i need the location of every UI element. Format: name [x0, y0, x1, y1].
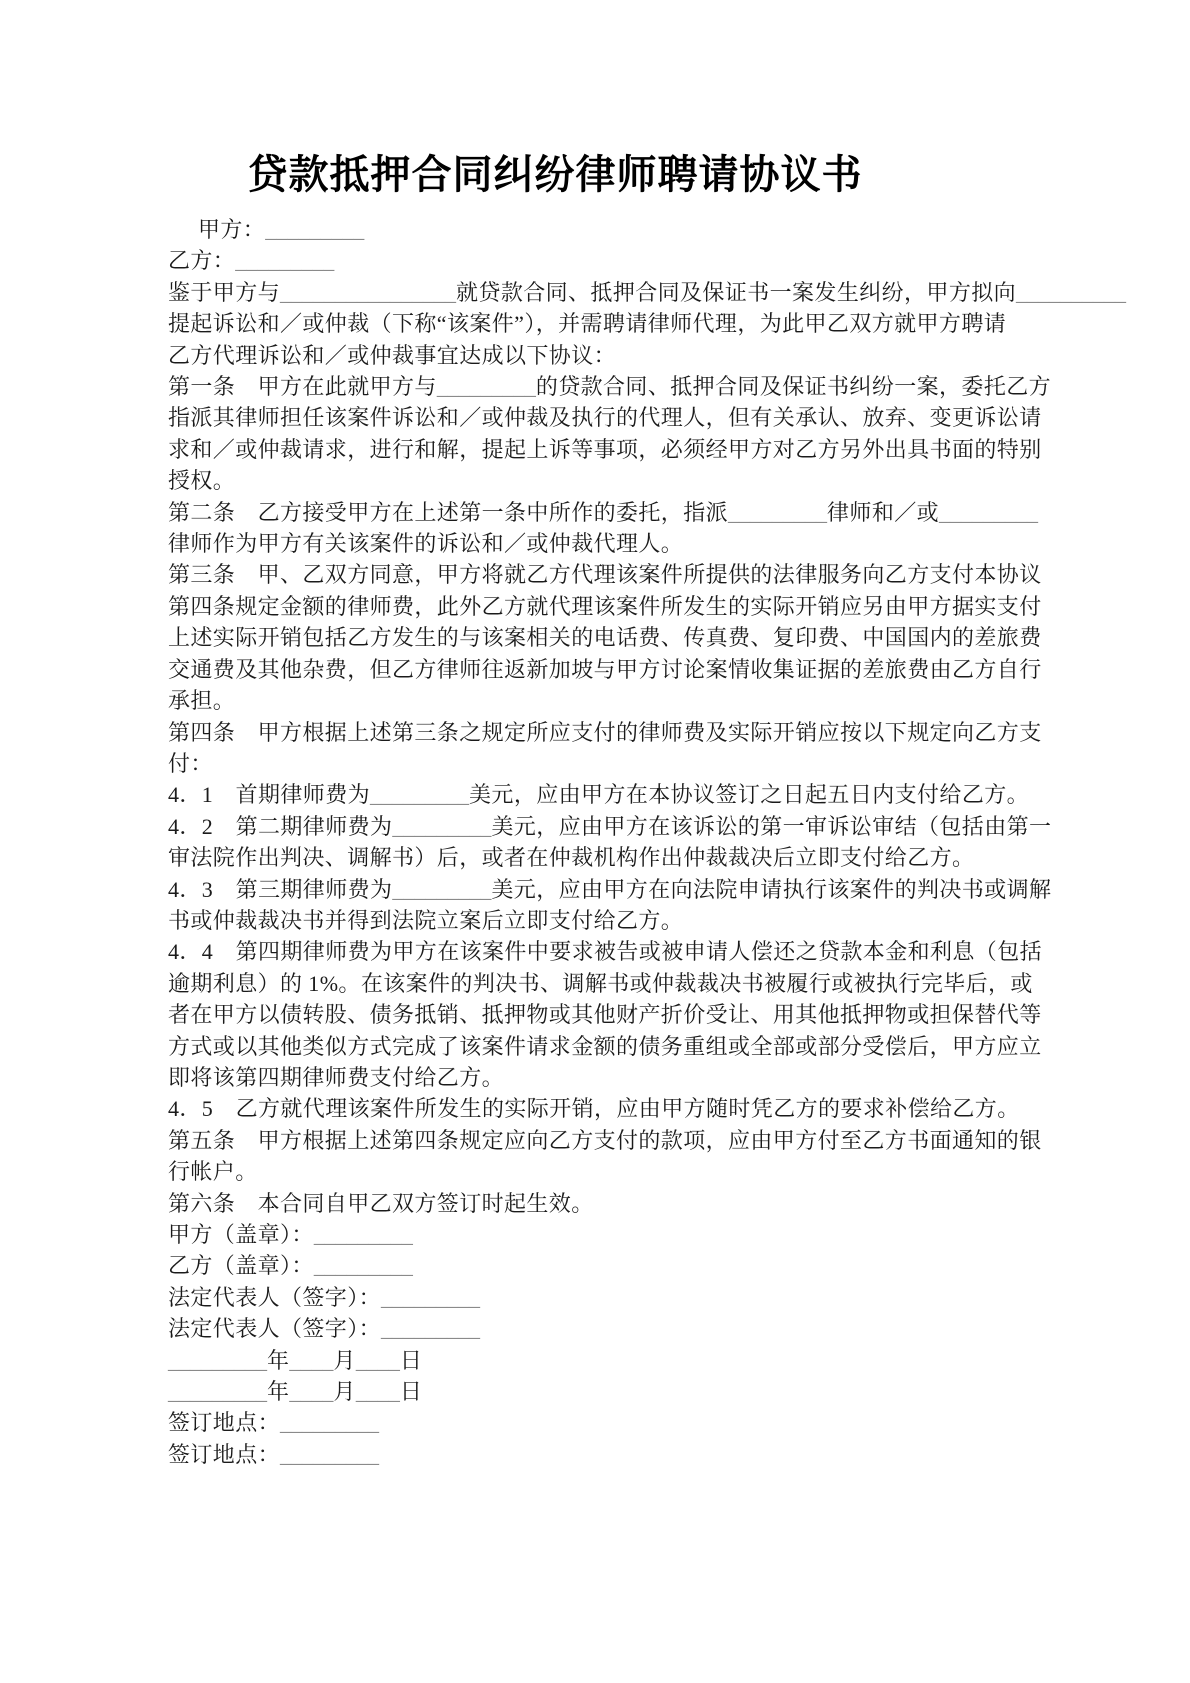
blank-underline: ____	[289, 1348, 333, 1373]
blank-underline: _________	[392, 877, 491, 902]
text-line: 第四条 甲方根据上述第三条之规定所应支付的律师费及实际开销应按以下规定向乙方支	[168, 717, 1046, 748]
blank-underline: __________	[1016, 280, 1126, 305]
text-line: _________年____月____日	[168, 1376, 1046, 1407]
text-line: 付：	[168, 748, 1046, 779]
text-line: 上述实际开销包括乙方发生的与该案相关的电话费、传真费、复印费、中国国内的差旅费	[168, 622, 1046, 653]
blank-underline: _________	[168, 1379, 267, 1404]
document-content: 贷款抵押合同纠纷律师聘请协议书 甲方：_________乙方：_________…	[168, 152, 1046, 1470]
text-line: 逾期利息）的 1%。在该案件的判决书、调解书或仲裁裁决书被履行或被执行完毕后，或	[168, 968, 1046, 999]
text-line: 4．5 乙方就代理该案件所发生的实际开销，应由甲方随时凭乙方的要求补偿给乙方。	[168, 1093, 1046, 1124]
text-line: 4．4 第四期律师费为甲方在该案件中要求被告或被申请人偿还之贷款本金和利息（包括	[168, 936, 1046, 967]
text-line: 行帐户。	[168, 1156, 1046, 1187]
blank-underline: _________	[381, 1316, 480, 1341]
text-line: 第五条 甲方根据上述第四条规定应向乙方支付的款项，应由甲方付至乙方书面通知的银	[168, 1125, 1046, 1156]
blank-underline: _________	[280, 1410, 379, 1435]
text-line: 提起诉讼和／或仲裁（下称“该案件”），并需聘请律师代理，为此甲乙双方就甲方聘请	[168, 308, 1046, 339]
text-line: 签订地点：_________	[168, 1439, 1046, 1470]
text-line: 方式或以其他类似方式完成了该案件请求金额的债务重组或全部或部分受偿后，甲方应立	[168, 1031, 1046, 1062]
text-line: 者在甲方以债转股、债务抵销、抵押物或其他财产折价受让、用其他抵押物或担保替代等	[168, 999, 1046, 1030]
text-line: 4．2 第二期律师费为_________美元，应由甲方在该诉讼的第一审诉讼审结（…	[168, 811, 1046, 842]
text-line: 第三条 甲、乙双方同意，甲方将就乙方代理该案件所提供的法律服务向乙方支付本协议	[168, 559, 1046, 590]
blank-underline: ____	[356, 1348, 400, 1373]
text-line: 书或仲裁裁决书并得到法院立案后立即支付给乙方。	[168, 905, 1046, 936]
document-page: 贷款抵押合同纠纷律师聘请协议书 甲方：_________乙方：_________…	[0, 0, 1190, 1683]
text-line: 签订地点：_________	[168, 1407, 1046, 1438]
blank-underline: ____	[356, 1379, 400, 1404]
text-line: 4．3 第三期律师费为_________美元，应由甲方在向法院申请执行该案件的判…	[168, 874, 1046, 905]
document-body: 甲方：_________乙方：_________鉴于甲方与___________…	[168, 214, 1046, 1470]
blank-underline: _________	[370, 782, 469, 807]
document-title: 贷款抵押合同纠纷律师聘请协议书	[116, 152, 994, 198]
blank-underline: ________________	[280, 280, 456, 305]
text-line: 第一条 甲方在此就甲方与_________的贷款合同、抵押合同及保证书纠纷一案，…	[168, 371, 1046, 402]
text-line: 法定代表人（签字）：_________	[168, 1282, 1046, 1313]
text-line: 承担。	[168, 685, 1046, 716]
text-line: 第六条 本合同自甲乙双方签订时起生效。	[168, 1188, 1046, 1219]
text-line: 指派其律师担任该案件诉讼和／或仲裁及执行的代理人，但有关承认、放弃、变更诉讼请	[168, 402, 1046, 433]
text-line: 交通费及其他杂费，但乙方律师往返新加坡与甲方讨论案情收集证据的差旅费由乙方自行	[168, 654, 1046, 685]
blank-underline: _________	[235, 248, 334, 273]
blank-underline: _________	[168, 1348, 267, 1373]
text-line: 授权。	[168, 465, 1046, 496]
text-line: 鉴于甲方与________________就贷款合同、抵押合同及保证书一案发生纠…	[168, 277, 1046, 308]
text-line: 甲方：_________	[168, 214, 1046, 245]
text-line: 即将该第四期律师费支付给乙方。	[168, 1062, 1046, 1093]
blank-underline: ____	[289, 1379, 333, 1404]
blank-underline: _________	[392, 814, 491, 839]
blank-underline: _________	[314, 1222, 413, 1247]
text-line: 第四条规定金额的律师费，此外乙方就代理该案件所发生的实际开销应另由甲方据实支付	[168, 591, 1046, 622]
text-line: 乙方：_________	[168, 245, 1046, 276]
text-line: 乙方（盖章）：_________	[168, 1250, 1046, 1281]
text-line: 求和／或仲裁请求，进行和解，提起上诉等事项，必须经甲方对乙方另外出具书面的特别	[168, 434, 1046, 465]
blank-underline: _________	[728, 500, 827, 525]
blank-underline: _________	[280, 1442, 379, 1467]
blank-underline: _________	[939, 500, 1038, 525]
blank-underline: _________	[381, 1285, 480, 1310]
blank-underline: _________	[265, 217, 364, 242]
text-line: 审法院作出判决、调解书）后，或者在仲裁机构作出仲裁裁决后立即支付给乙方。	[168, 842, 1046, 873]
text-line: 甲方（盖章）：_________	[168, 1219, 1046, 1250]
text-line: 第二条 乙方接受甲方在上述第一条中所作的委托，指派_________律师和／或_…	[168, 497, 1046, 528]
blank-underline: _________	[437, 374, 536, 399]
text-line: _________年____月____日	[168, 1345, 1046, 1376]
text-line: 乙方代理诉讼和／或仲裁事宜达成以下协议：	[168, 340, 1046, 371]
blank-underline: _________	[314, 1253, 413, 1278]
text-line: 法定代表人（签字）：_________	[168, 1313, 1046, 1344]
text-line: 律师作为甲方有关该案件的诉讼和／或仲裁代理人。	[168, 528, 1046, 559]
text-line: 4．1 首期律师费为_________美元，应由甲方在本协议签订之日起五日内支付…	[168, 779, 1046, 810]
